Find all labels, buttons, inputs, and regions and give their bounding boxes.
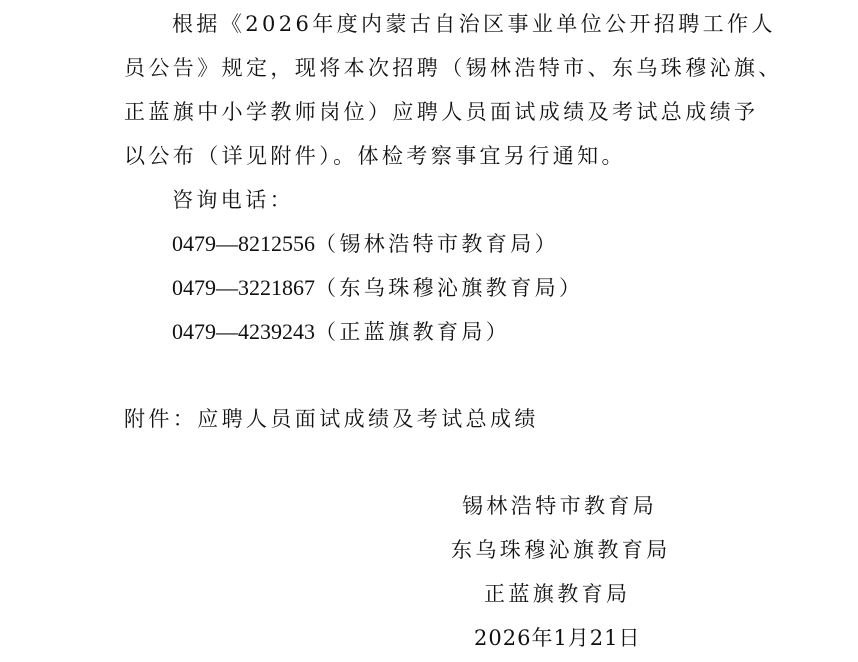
- signature-date: 2026年1月21日: [474, 626, 641, 650]
- contact-line: 0479—4239243（正蓝旗教育局）: [172, 320, 510, 344]
- contact-label: 咨询电话：: [172, 188, 294, 212]
- contact-org: （锡林浩特市教育局）: [315, 232, 559, 256]
- contact-line: 0479—8212556（锡林浩特市教育局）: [172, 232, 559, 256]
- contact-org: （东乌珠穆沁旗教育局）: [315, 276, 583, 300]
- contact-org: （正蓝旗教育局）: [315, 320, 510, 344]
- body-paragraph-line-2: 员公告》规定，现将本次招聘（锡林浩特市、东乌珠穆沁旗、: [124, 56, 783, 80]
- body-paragraph-line-3: 正蓝旗中小学教师岗位）应聘人员面试成绩及考试总成绩予: [124, 100, 758, 124]
- body-paragraph-line-4: 以公布（详见附件）。体检考察事宜另行通知。: [124, 144, 626, 168]
- body-paragraph-line-1: 根据《2026年度内蒙古自治区事业单位公开招聘工作人: [172, 12, 776, 36]
- signature-org-3: 正蓝旗教育局: [484, 582, 630, 606]
- contact-line: 0479—3221867（东乌珠穆沁旗教育局）: [172, 276, 583, 300]
- attachment-line: 附件：应聘人员面试成绩及考试总成绩: [124, 407, 539, 431]
- contact-phone: 0479—8212556: [172, 231, 315, 256]
- signature-org-2: 东乌珠穆沁旗教育局: [451, 538, 671, 562]
- signature-org-1: 锡林浩特市教育局: [462, 494, 657, 518]
- contact-phone: 0479—3221867: [172, 275, 315, 300]
- contact-phone: 0479—4239243: [172, 319, 315, 344]
